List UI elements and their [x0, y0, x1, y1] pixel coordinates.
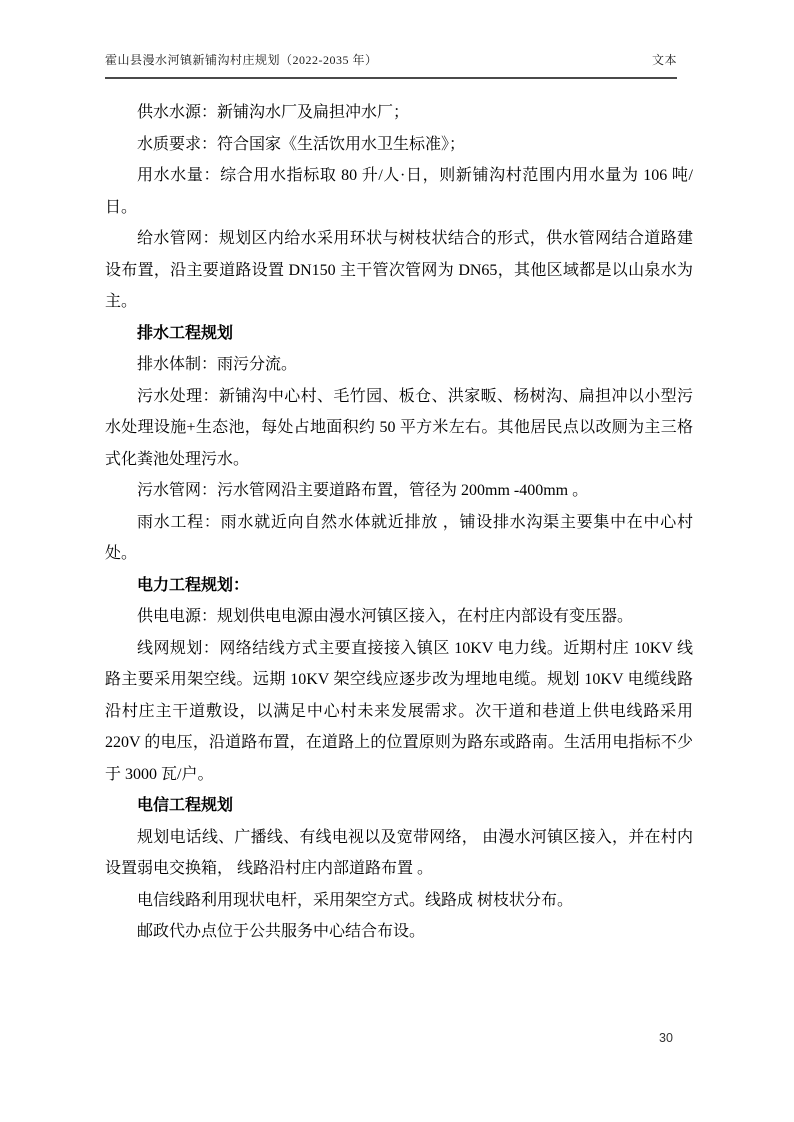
para-telecom-poles: 电信线路利用现状电杆，采用架空方式。线路成 树枝状分布。	[105, 885, 693, 917]
para-drainage-system: 排水体制：雨污分流。	[105, 349, 693, 381]
para-rainwater-works: 雨水工程：雨水就近向自然水体就近排放 ，铺设排水沟渠主要集中在中心村处。	[105, 507, 693, 570]
para-sewage-treatment: 污水处理：新铺沟中心村、毛竹园、板仓、洪家畈、杨树沟、扁担冲以小型污水处理设施+…	[105, 381, 693, 476]
para-water-pipe-network: 给水管网：规划区内给水采用环状与树枝状结合的形式，供水管网结合道路建设布置，沿主…	[105, 223, 693, 318]
section-heading-telecom: 电信工程规划	[105, 790, 693, 822]
para-sewage-network: 污水管网：污水管网沿主要道路布置，管径为 200mm -400mm 。	[105, 475, 693, 507]
section-heading-power: 电力工程规划：	[105, 570, 693, 602]
para-power-source: 供电电源：规划供电电源由漫水河镇区接入，在村庄内部设有变压器。	[105, 601, 693, 633]
page-number: 30	[659, 1031, 673, 1045]
header-rule	[105, 77, 677, 79]
header-title: 霍山县漫水河镇新铺沟村庄规划（2022-2035 年）	[105, 51, 378, 68]
para-postal-service: 邮政代办点位于公共服务中心结合布设。	[105, 916, 693, 948]
para-water-supply-source: 供水水源：新铺沟水厂及扁担冲水厂；	[105, 97, 693, 129]
header-doc-label: 文本	[652, 51, 677, 68]
document-page: 霍山县漫水河镇新铺沟村庄规划（2022-2035 年） 文本 供水水源：新铺沟水…	[0, 0, 794, 1122]
para-power-line-network: 线网规划：网络结线方式主要直接接入镇区 10KV 电力线。近期村庄 10KV 线…	[105, 633, 693, 791]
para-water-quality: 水质要求：符合国家《生活饮用水卫生标准》；	[105, 129, 693, 161]
page-header: 霍山县漫水河镇新铺沟村庄规划（2022-2035 年） 文本	[105, 51, 677, 79]
para-telecom-lines: 规划电话线、广播线、有线电视以及宽带网络， 由漫水河镇区接入，并在村内设置弱电交…	[105, 822, 693, 885]
document-body: 供水水源：新铺沟水厂及扁担冲水厂； 水质要求：符合国家《生活饮用水卫生标准》； …	[105, 97, 693, 948]
section-heading-drainage: 排水工程规划	[105, 318, 693, 350]
para-water-volume: 用水水量：综合用水指标取 80 升/人·日，则新铺沟村范围内用水量为 106 吨…	[105, 160, 693, 223]
